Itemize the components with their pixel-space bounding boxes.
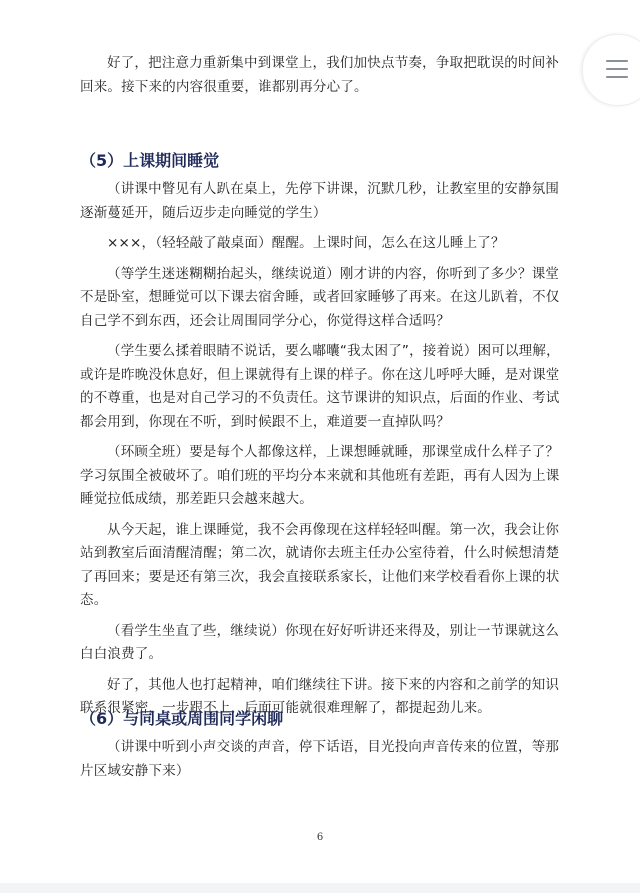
paragraph: （讲课中听到小声交谈的声音，停下话语，目光投向声音传来的位置，等那片区域安静下来… [80,736,570,783]
paragraph: （看学生坐直了些，继续说）你现在好好听讲还来得及，别让一节课就这么白白浪费了。 [80,620,570,667]
paragraph: （等学生迷迷糊糊抬起头，继续说道）刚才讲的内容，你听到了多少？课堂不是卧室，想睡… [80,263,570,334]
page-number: 6 [0,832,640,843]
section-heading-5: （5）上课期间睡觉 [80,150,219,172]
paragraph: ×××，（轻轻敲了敲桌面）醒醒。上课时间，怎么在这儿睡上了？ [80,232,570,256]
paragraph: （环顾全班）要是每个人都像这样，上课想睡就睡，那课堂成什么样子了？学习氛围全被破… [80,441,570,512]
intro-paragraph: 好了，把注意力重新集中到课堂上，我们加快点节奏，争取把耽误的时间补回来。接下来的… [80,52,570,99]
section-heading-6: （6）与同桌或周围同学闲聊 [80,708,283,730]
intro-block: 好了，把注意力重新集中到课堂上，我们加快点节奏，争取把耽误的时间补回来。接下来的… [80,52,570,99]
paragraph: （讲课中瞥见有人趴在桌上，先停下讲课，沉默几秒，让教室里的安静氛围逐渐蔓延开，随… [80,178,570,225]
section-6-body: （讲课中听到小声交谈的声音，停下话语，目光投向声音传来的位置，等那片区域安静下来… [80,736,570,783]
document-page: 好了，把注意力重新集中到课堂上，我们加快点节奏，争取把耽误的时间补回来。接下来的… [0,0,640,880]
paragraph: 从今天起，谁上课睡觉，我不会再像现在这样轻轻叫醒。第一次，我会让你站到教室后面清… [80,519,570,613]
paragraph: （学生要么揉着眼睛不说话，要么嘟囔“我太困了”，接着说）困可以理解，或许是昨晚没… [80,340,570,434]
section-5-body: （讲课中瞥见有人趴在桌上，先停下讲课，沉默几秒，让教室里的安静氛围逐渐蔓延开，随… [80,178,570,721]
bottom-bar [0,883,640,893]
